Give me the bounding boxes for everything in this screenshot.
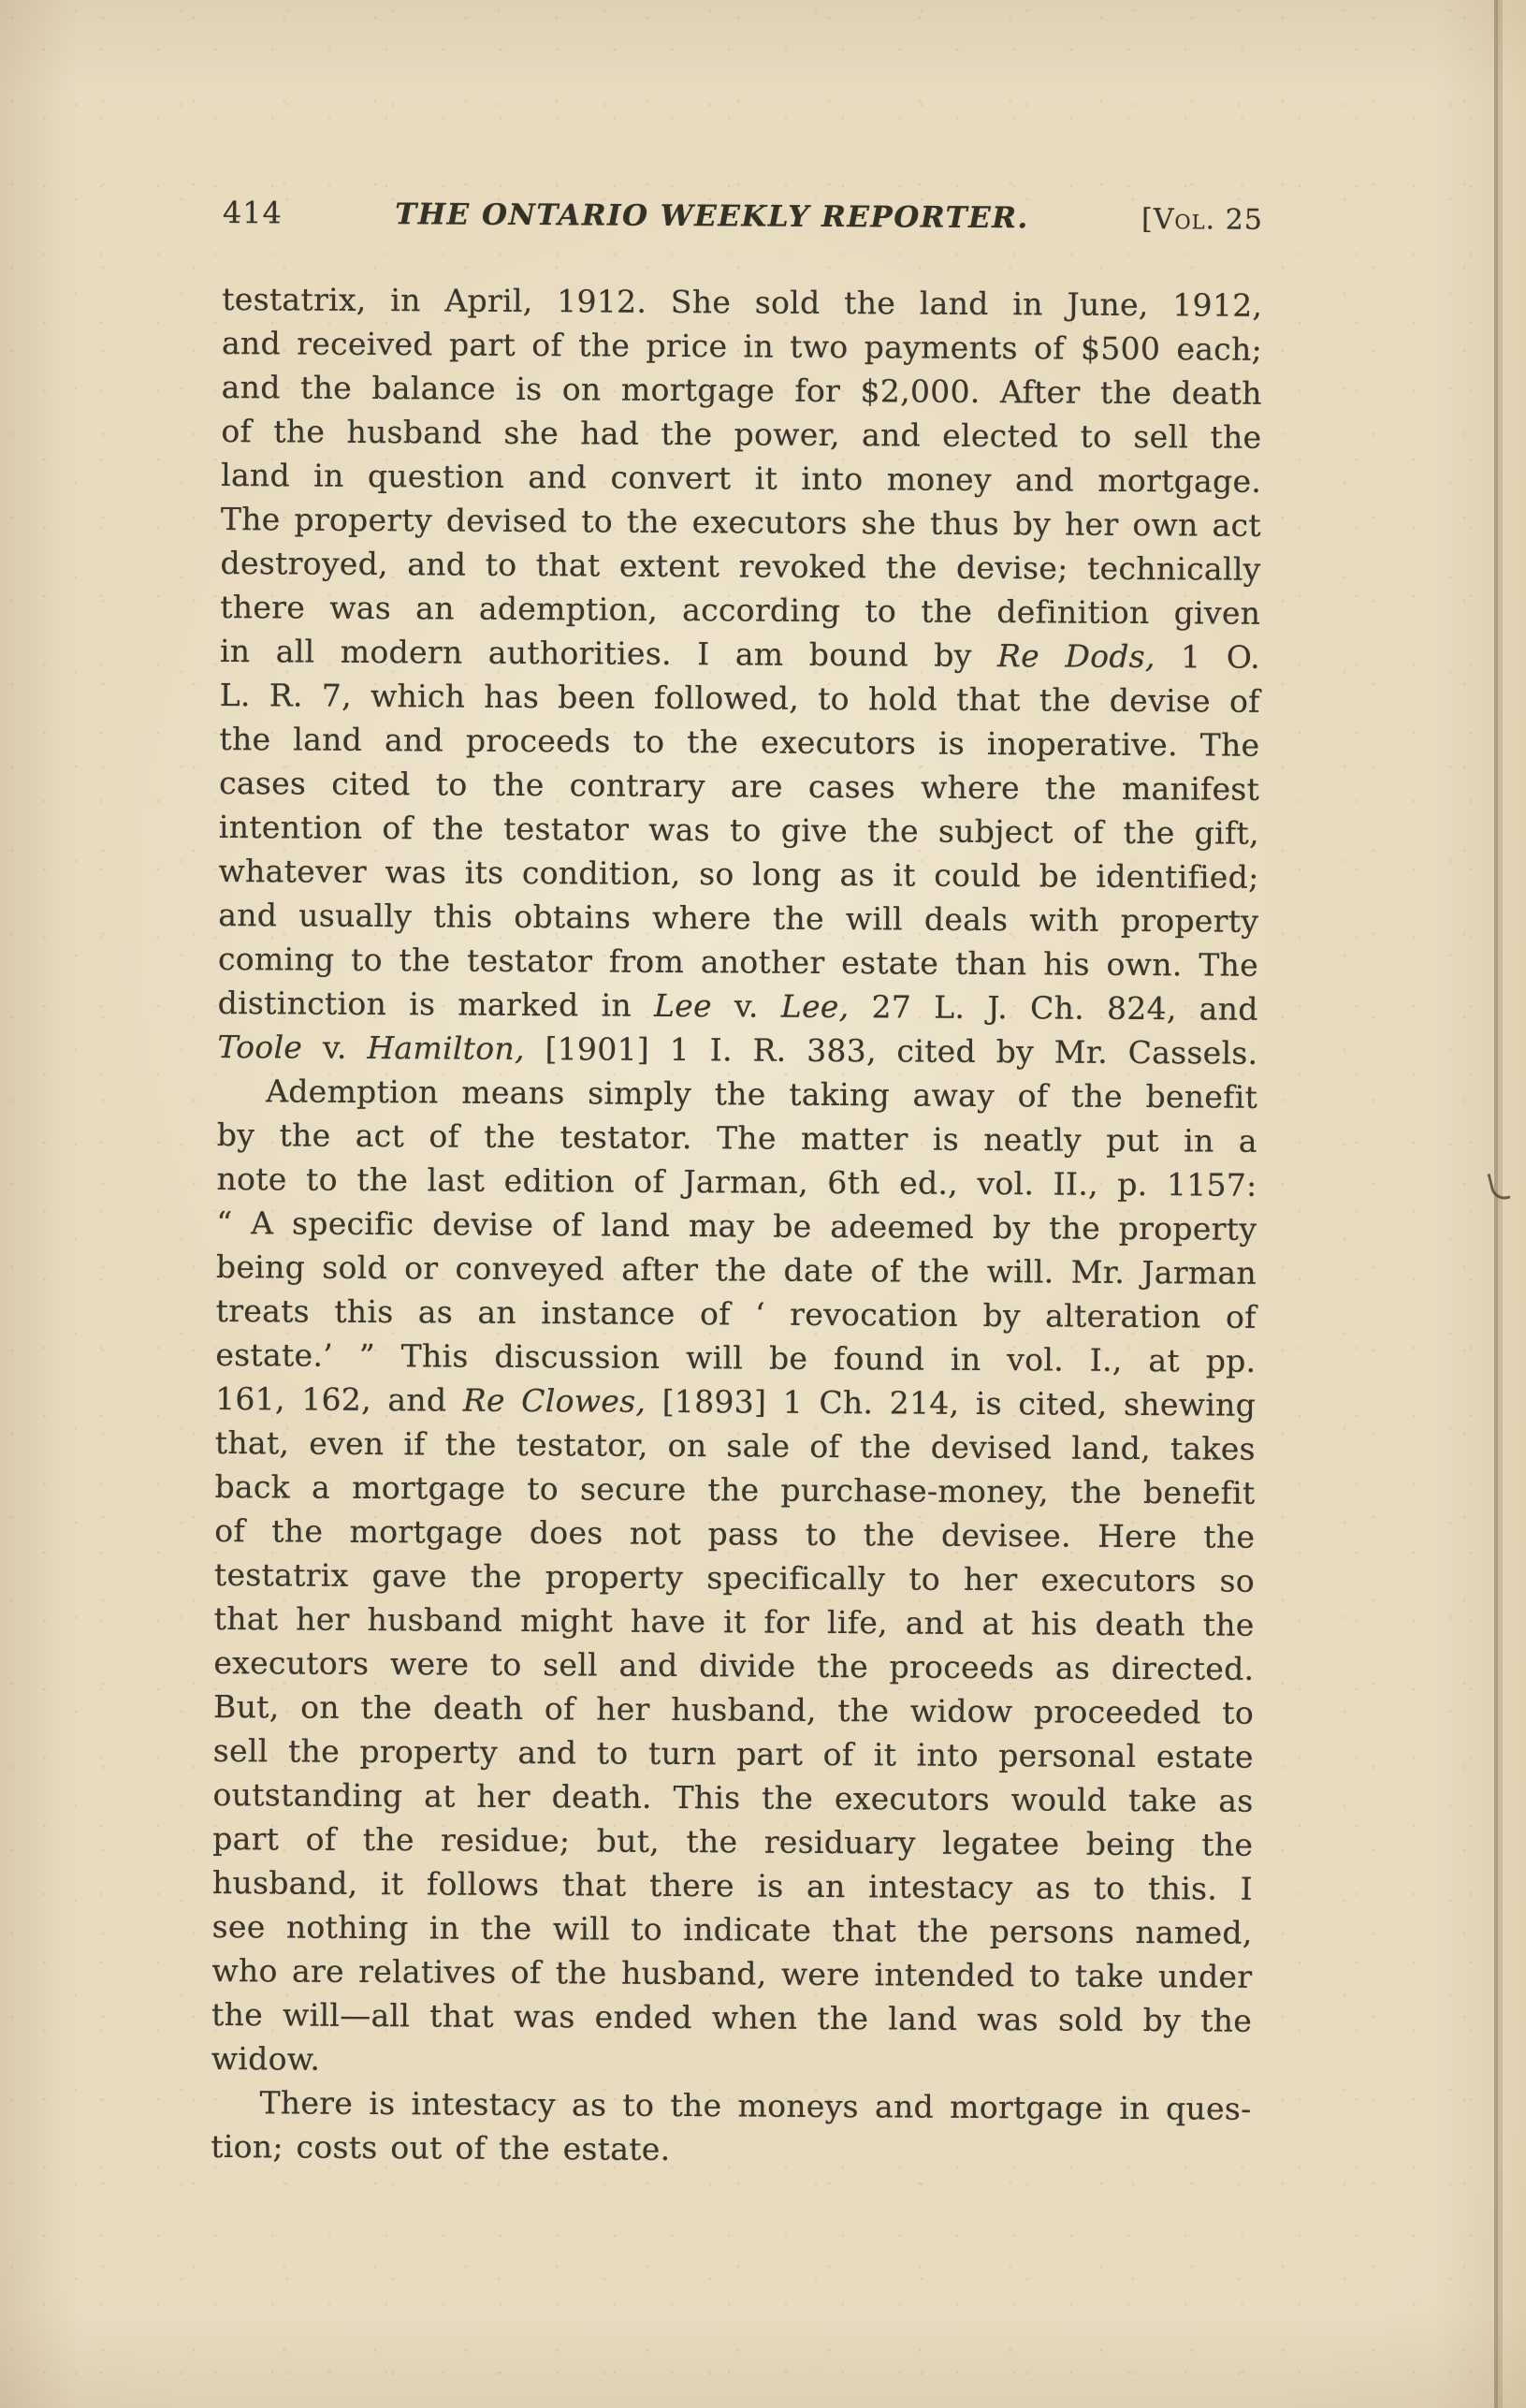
page-number: 414 bbox=[223, 195, 283, 230]
text-line: that, even if the testator, on sale of t… bbox=[215, 1421, 1256, 1471]
text-line: The property devised to the executors sh… bbox=[221, 497, 1261, 547]
text-line: testatrix, in April, 1912. She sold the … bbox=[222, 277, 1262, 328]
text-line: the land and proceeds to the executors i… bbox=[219, 717, 1259, 767]
text-line: being sold or conveyed after the date of… bbox=[216, 1245, 1257, 1295]
text-line: that her husband might have it for life,… bbox=[214, 1597, 1255, 1647]
text-line: the will—all that was ended when the lan… bbox=[211, 1992, 1252, 2043]
text-line: Toole v. Hamilton, [1901] 1 I. R. 383, c… bbox=[217, 1025, 1257, 1075]
text-line: in all modern authorities. I am bound by… bbox=[220, 629, 1260, 679]
text-line: executors were to sell and divide the pr… bbox=[213, 1641, 1254, 1691]
text-line: testatrix gave the property specifically… bbox=[214, 1553, 1255, 1603]
text-line: husband, it follows that there is an int… bbox=[212, 1861, 1253, 1911]
text-line: But, on the death of her husband, the wi… bbox=[213, 1685, 1254, 1735]
text-line: of the husband she had the power, and el… bbox=[221, 409, 1261, 460]
volume-label: Vol. bbox=[1154, 203, 1216, 236]
text-line: tion; costs out of the estate. bbox=[211, 2124, 1251, 2175]
text-line: distinction is marked in Lee v. Lee, 27 … bbox=[218, 981, 1258, 1031]
volume-bracket: [ bbox=[1141, 203, 1154, 236]
text-line: destroyed, and to that extent revoked th… bbox=[220, 541, 1260, 591]
text-line: widow. bbox=[211, 2036, 1252, 2087]
text-line: There is intestacy as to the moneys and … bbox=[211, 2080, 1251, 2131]
text-line: sell the property and to turn part of it… bbox=[213, 1729, 1254, 1779]
text-line: treats this as an instance of ‘ revocati… bbox=[216, 1289, 1257, 1339]
text-line: who are relatives of the husband, were i… bbox=[211, 1948, 1252, 1999]
text-line: note to the last edition of Jarman, 6th … bbox=[216, 1157, 1257, 1207]
text-line: by the act of the testator. The matter i… bbox=[217, 1113, 1257, 1163]
text-line: intention of the testator was to give th… bbox=[219, 805, 1259, 855]
text-line: part of the residue; but, the residuary … bbox=[212, 1817, 1253, 1867]
text-line: Ademption means simply the taking away o… bbox=[217, 1069, 1257, 1119]
text-line: estate.’ ” This discussion will be found… bbox=[215, 1333, 1256, 1383]
text-line: coming to the testator from another esta… bbox=[218, 937, 1258, 987]
text-line: there was an ademption, according to the… bbox=[220, 585, 1260, 635]
page-header: 414 THE ONTARIO WEEKLY REPORTER. [Vol. 2… bbox=[223, 195, 1263, 237]
text-line: 161, 162, and Re Clowes, [1893] 1 Ch. 21… bbox=[215, 1377, 1256, 1427]
text-line: and the balance is on mortgage for $2,00… bbox=[222, 365, 1262, 416]
text-line: land in question and convert it into mon… bbox=[221, 453, 1261, 503]
text-line: “ A specific devise of land may be adeem… bbox=[216, 1201, 1257, 1251]
scanned-page: 414 THE ONTARIO WEEKLY REPORTER. [Vol. 2… bbox=[0, 0, 1526, 2408]
text-line: back a mortgage to secure the purchase-m… bbox=[214, 1465, 1255, 1515]
running-title: THE ONTARIO WEEKLY REPORTER. bbox=[283, 197, 1141, 236]
text-line: of the mortgage does not pass to the dev… bbox=[214, 1509, 1255, 1559]
page-content: 414 THE ONTARIO WEEKLY REPORTER. [Vol. 2… bbox=[211, 195, 1263, 2175]
text-line: cases cited to the contrary are cases wh… bbox=[219, 761, 1259, 811]
volume-marker: [Vol. 25 bbox=[1141, 203, 1263, 237]
text-line: see nothing in the will to indicate that… bbox=[212, 1905, 1253, 1955]
text-line: and usually this obtains where the will … bbox=[218, 893, 1258, 943]
text-line: outstanding at her death. This the execu… bbox=[212, 1773, 1253, 1823]
text-line: and received part of the price in two pa… bbox=[222, 321, 1262, 372]
text-line: L. R. 7, which has been followed, to hol… bbox=[220, 673, 1260, 723]
text-line: whatever was its condition, so long as i… bbox=[218, 849, 1258, 899]
page-body: testatrix, in April, 1912. She sold the … bbox=[211, 277, 1262, 2175]
page-edge bbox=[1494, 0, 1526, 2408]
volume-number: 25 bbox=[1226, 204, 1263, 237]
